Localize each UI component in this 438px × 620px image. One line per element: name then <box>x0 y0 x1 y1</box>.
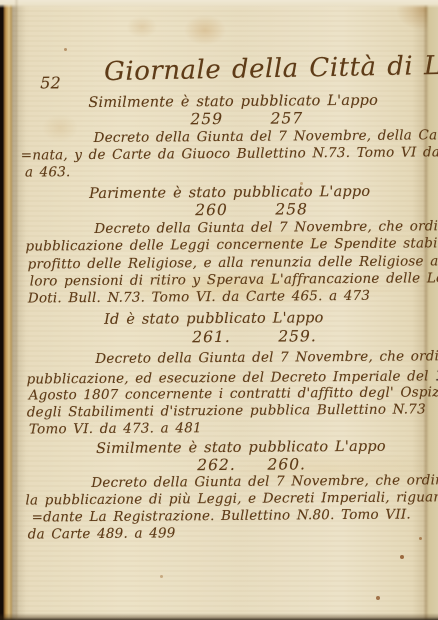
decree-line: Decreto della Giunta del 7 Novembre, che… <box>95 350 438 366</box>
entry-numbers: 260 258 <box>195 202 308 218</box>
entry-numbers: 262. 260. <box>197 457 306 473</box>
entry-publication-line: Id è stato pubblicato L'appo <box>104 311 324 327</box>
decree-line: la pubblicazione di più Leggi, e Decreti… <box>25 491 438 508</box>
decree-line: profitto delle Religiose, e alla renunzi… <box>28 255 438 272</box>
entry-numbers: 261. 259. <box>192 329 317 345</box>
manuscript-scan: 52 Giornale della Città di Livorno Simil… <box>0 0 438 620</box>
decree-line: degli Stabilimenti d'istruzione pubblica… <box>27 403 426 420</box>
decree-line: Decreto della Giunta del 7 Novembre, che… <box>94 220 438 236</box>
entry-publication-line: Similmente è stato pubblicato L'appo <box>96 440 386 457</box>
entry-numbers: 259 257 <box>190 111 303 127</box>
decree-line: =dante La Registrazione. Bullettino N.80… <box>32 508 411 524</box>
entry-publication-line: Similmente è stato pubblicato L'appo <box>88 94 378 111</box>
decree-line: Doti. Bull. N.73. Tomo VI. da Carte 465.… <box>28 290 370 306</box>
page-number: 52 <box>40 75 61 91</box>
decree-line: Tomo VI. da 473. a 481 <box>29 422 202 437</box>
decree-line: pubblicazione delle Leggi concernente Le… <box>25 237 438 254</box>
decree-line: Agosto 1807 concernente i contratti d'af… <box>29 386 438 403</box>
journal-title: Giornale della Città di Livorno <box>104 51 438 85</box>
handwriting-layer: 52 Giornale della Città di Livorno Simil… <box>0 0 438 620</box>
decree-line: loro pensioni di ritiro y Sperava L'affr… <box>30 272 438 289</box>
decree-line: a 463. <box>25 166 71 180</box>
decree-line: Decreto della Giunta del 7 Novembre, del… <box>94 129 438 146</box>
decree-line: =nata, y de Carte da Giuoco Bullettino N… <box>21 146 438 163</box>
entry-publication-line: Parimente è stato pubblicato L'appo <box>89 185 370 202</box>
decree-line: da Carte 489. a 499 <box>28 527 176 542</box>
decree-line: Decreto della Giunta del 7 Novembre, che… <box>91 474 438 490</box>
